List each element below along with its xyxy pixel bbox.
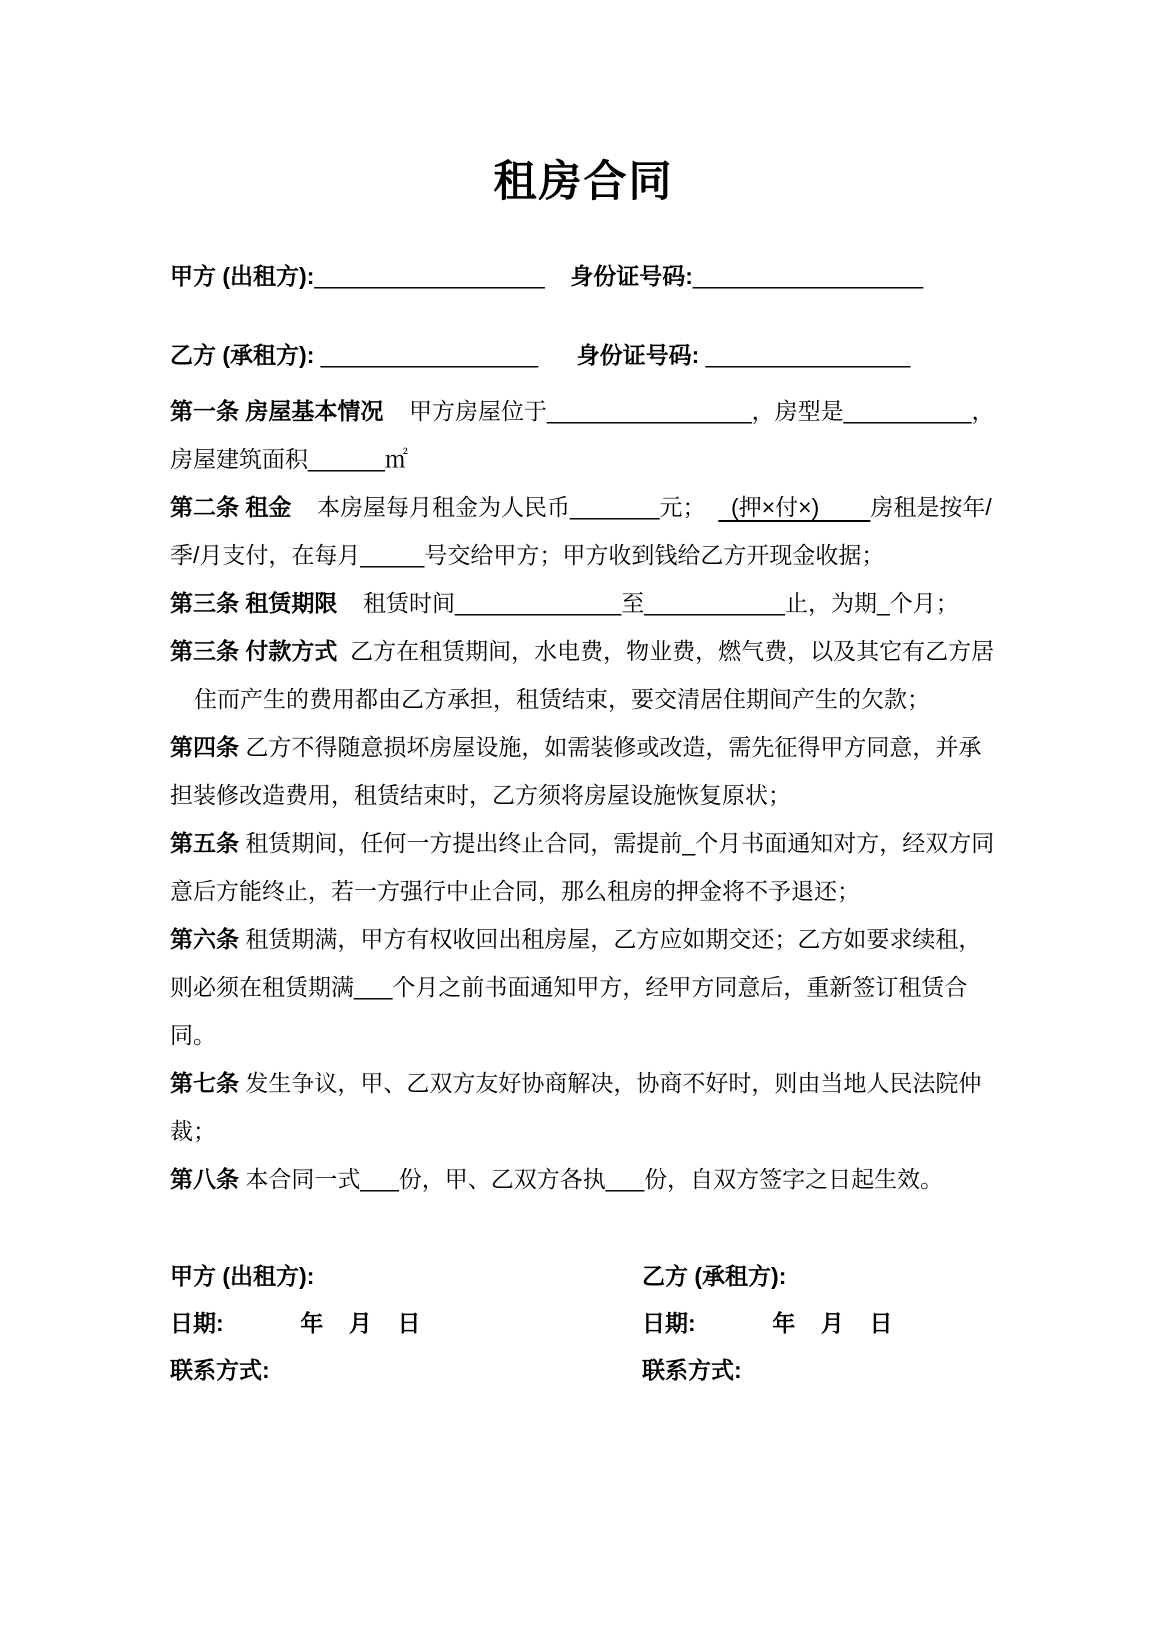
clause-text: ，房型是 <box>752 398 844 424</box>
clause-text <box>545 263 571 289</box>
clause-text: 份，甲、乙双方各执 <box>399 1166 606 1192</box>
clause-text: ___ <box>360 1166 398 1192</box>
party-a-line: 甲方 (出租方):__________________ 身份证号码:______… <box>170 252 997 300</box>
clause-label: 第四条 <box>170 734 239 760</box>
clause-8: 第八条 本合同一式___份，甲、乙双方各执___份，自双方签字之日起生效。 <box>170 1155 997 1203</box>
fill-in-blank: (押×付×) <box>718 494 870 520</box>
contract-body: 甲方 (出租方):__________________ 身份证号码:______… <box>170 252 997 1203</box>
clause-text: ________________ <box>706 342 911 368</box>
document-title: 租房合同 <box>170 150 997 214</box>
party-b-contact-line: 联系方式: <box>642 1347 997 1394</box>
clause-label: 第八条 <box>170 1166 239 1192</box>
clause-text: 个月； <box>890 590 959 616</box>
clause-text: ㎡ <box>385 446 408 472</box>
clause-text: _________________ <box>321 342 538 368</box>
clause-text: ________________ <box>547 398 752 424</box>
party-b-signature-label: 乙方 (承租方): <box>642 1253 997 1300</box>
clause-text <box>538 342 576 368</box>
clause-text: ______ <box>308 446 385 472</box>
clause-text: _ <box>877 590 890 616</box>
clause-3-term: 第三条 租赁期限 租赁时间_____________至___________止，… <box>170 579 997 627</box>
clause-text: __________ <box>844 398 972 424</box>
clause-7: 第七条 发生争议，甲、乙双方友好协商解决，协商不好时，则由当地人民法院仲裁； <box>170 1059 997 1155</box>
clause-text: ___ <box>606 1166 644 1192</box>
clause-text: _ <box>682 830 695 856</box>
clause-3-payment: 第三条 付款方式 乙方在租赁期间，水电费，物业费，燃气费，以及其它有乙方居住而产… <box>170 627 997 723</box>
clause-1-basic: 第一条 房屋基本情况 甲方房屋位于________________，房型是___… <box>170 387 997 483</box>
clause-label: 身份证号码: <box>577 342 706 368</box>
party-a-date-line: 日期: 年 月 日 <box>170 1300 642 1347</box>
clause-text: 本房屋每月租金为人民币 <box>291 494 570 520</box>
clause-label: 第三条 租赁期限 <box>170 590 337 616</box>
party-b-date-line: 日期: 年 月 日 <box>642 1300 997 1347</box>
party-b-line: 乙方 (承租方): _________________ 身份证号码: _____… <box>170 331 997 379</box>
clause-label: 甲方 (出租方): <box>170 263 314 289</box>
clause-text: 甲方房屋位于 <box>383 398 547 424</box>
clause-label: 第七条 <box>170 1070 239 1096</box>
clause-label: 第三条 付款方式 <box>170 638 337 664</box>
clause-text: _______ <box>570 494 660 520</box>
clause-text: 至 <box>621 590 644 616</box>
clause-text: __________________ <box>693 263 923 289</box>
signature-party-b: 乙方 (承租方): 日期: 年 月 日 联系方式: <box>642 1253 997 1394</box>
clause-text: _____________ <box>455 590 621 616</box>
clause-text: 租赁期间，任何一方提出终止合同，需提前 <box>239 830 682 856</box>
clause-text: 号交给甲方；甲方收到钱给乙方开现金收据； <box>424 542 884 568</box>
clause-text: 元； <box>660 494 719 520</box>
clause-4: 第四条 乙方不得随意损坏房屋设施，如需装修或改造，需先征得甲方同意，并承担装修改… <box>170 723 997 819</box>
clause-text: ___ <box>354 974 392 1000</box>
contract-page: 租房合同 甲方 (出租方):__________________ 身份证号码:_… <box>0 0 1167 1651</box>
clause-text: 本合同一式 <box>239 1166 360 1192</box>
clause-6: 第六条 租赁期满，甲方有权收回出租房屋，乙方应如期交还；乙方如要求续租，则必须在… <box>170 915 997 1059</box>
clause-label: 乙方 (承租方): <box>170 342 321 368</box>
clause-text: _____ <box>360 542 424 568</box>
clause-label: 第六条 <box>170 926 239 952</box>
clause-text: 乙方不得随意损坏房屋设施，如需装修或改造，需先征得甲方同意，并承担装修改造费用，… <box>170 734 981 808</box>
clause-label: 身份证号码: <box>570 263 693 289</box>
clause-label: 第五条 <box>170 830 239 856</box>
clause-text: __________________ <box>314 263 544 289</box>
clause-5: 第五条 租赁期间，任何一方提出终止合同，需提前_个月书面通知对方，经双方同意后方… <box>170 819 997 915</box>
clause-text: 发生争议，甲、乙双方友好协商解决，协商不好时，则由当地人民法院仲裁； <box>170 1070 981 1144</box>
clause-text: 份，自双方签字之日起生效。 <box>644 1166 943 1192</box>
clause-label: 第一条 房屋基本情况 <box>170 398 383 424</box>
party-a-contact-line: 联系方式: <box>170 1347 642 1394</box>
party-a-signature-label: 甲方 (出租方): <box>170 1253 642 1300</box>
signature-block: 甲方 (出租方): 日期: 年 月 日 联系方式: 乙方 (承租方): 日期: … <box>170 1253 997 1394</box>
clause-label: 第二条 租金 <box>170 494 291 520</box>
clause-text: 租赁时间 <box>337 590 455 616</box>
clause-text: 止，为期 <box>785 590 877 616</box>
clause-2-rent: 第二条 租金 本房屋每月租金为人民币_______元； (押×付×) 房租是按年… <box>170 483 997 579</box>
signature-party-a: 甲方 (出租方): 日期: 年 月 日 联系方式: <box>170 1253 642 1394</box>
clause-text: ___________ <box>644 590 785 616</box>
